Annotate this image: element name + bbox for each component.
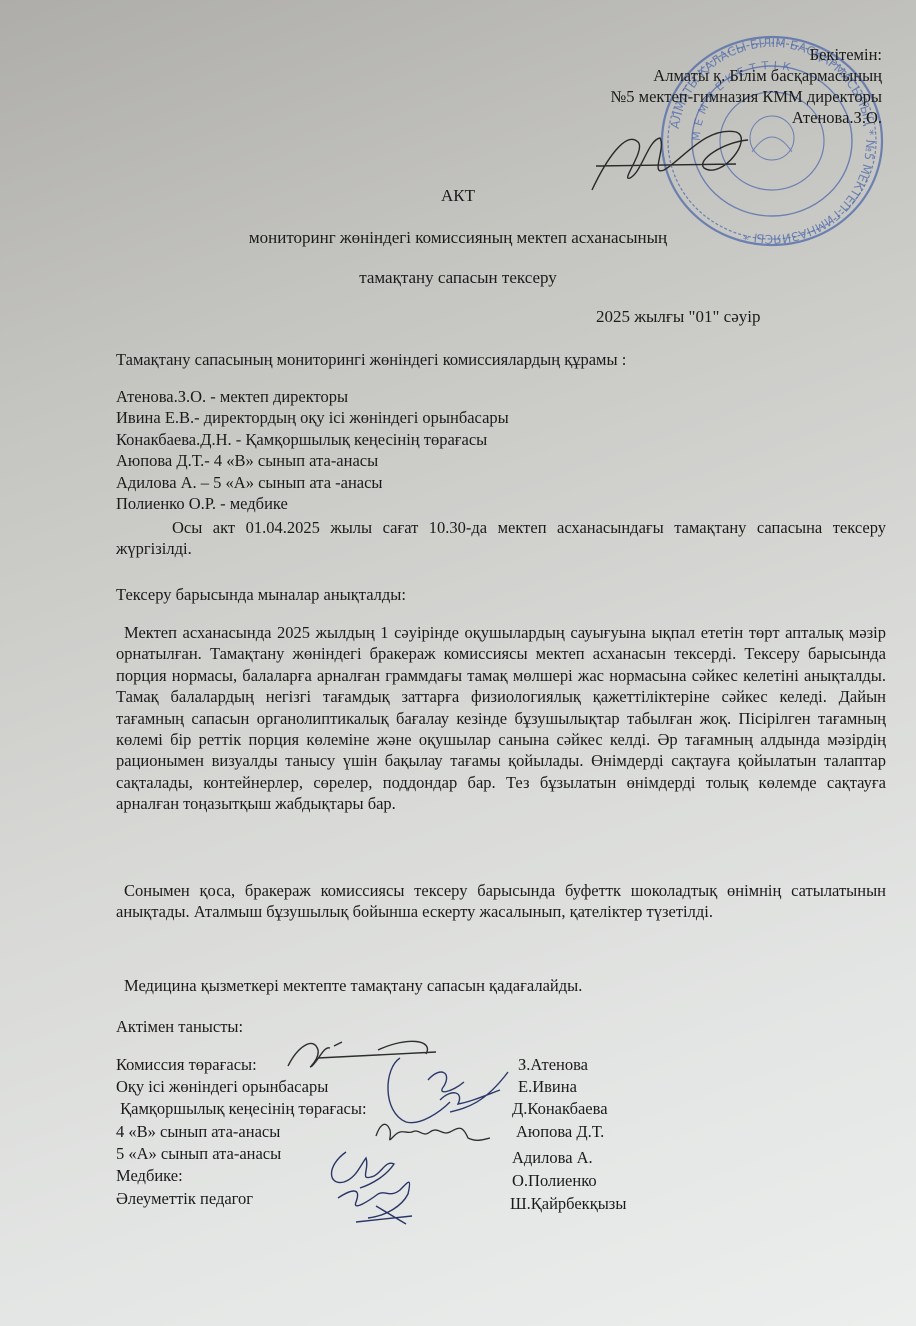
document-subtitle-line-1: мониторинг жөніндегі комиссияның мектеп … <box>0 228 916 248</box>
acknowledged-heading: Актімен танысты: <box>116 1016 243 1037</box>
signature-adilova-polienko-icon <box>316 1146 426 1228</box>
approval-name: Атенова.З.О. <box>611 107 882 128</box>
intro-paragraph: Осы акт 01.04.2025 жылы сағат 10.30-да м… <box>116 517 886 560</box>
ack-name: Ш.Қайрбекқызы <box>510 1193 626 1214</box>
member-item: Аюпова Д.Т.- 4 «В» сынып ата-анасы <box>116 450 509 471</box>
ack-name: О.Полиенко <box>512 1170 597 1191</box>
medical-paragraph: Медицина қызметкері мектепте тамақтану с… <box>124 975 582 996</box>
document-date: 2025 жылғы "01" сәуір <box>596 306 761 327</box>
signature-atenova-icon <box>258 1036 438 1080</box>
findings-paragraph-2: Сонымен қоса, бракераж комиссиясы тексер… <box>116 880 886 923</box>
ack-name: Аюпова Д.Т. <box>516 1121 604 1142</box>
ack-role: Медбике: <box>116 1165 183 1186</box>
member-item: Адилова А. – 5 «А» сынып ата -анасы <box>116 472 509 493</box>
ack-name: З.Атенова <box>518 1054 588 1075</box>
ack-name: Адилова А. <box>512 1147 593 1168</box>
approval-line-2: №5 мектеп-гимназия КММ директоры <box>611 86 882 107</box>
ack-role: Комиссия төрағасы: <box>116 1054 257 1075</box>
ack-role: Оқу ісі жөніндегі орынбасары <box>116 1076 328 1097</box>
member-item: Конакбаева.Д.Н. - Қамқоршылық кеңесінің … <box>116 429 509 450</box>
composition-heading: Тамақтану сапасының мониторингі жөніндег… <box>116 349 626 370</box>
approval-line-1: Алматы қ. Білім басқармасының <box>611 65 882 86</box>
ack-role: 4 «В» сынып ата-анасы <box>116 1121 280 1142</box>
members-list: Атенова.З.О. - мектеп директоры Ивина Е.… <box>116 386 509 514</box>
ack-name: Д.Конакбаева <box>512 1098 608 1119</box>
approval-block: Бекітемін: Алматы қ. Білім басқармасының… <box>611 44 882 128</box>
document-subtitle-line-2: тамақтану сапасын тексеру <box>0 268 916 288</box>
signature-ayupova-icon <box>372 1118 492 1148</box>
document-title: АКТ <box>0 186 916 206</box>
member-item: Полиенко О.Р. - медбике <box>116 493 509 514</box>
member-item: Атенова.З.О. - мектеп директоры <box>116 386 509 407</box>
findings-heading: Тексеру барысында мыналар анықталды: <box>116 584 406 605</box>
ack-role: Әлеуметтік педагог <box>116 1188 253 1209</box>
ack-role: Қамқоршылық кеңесінің төрағасы: <box>116 1098 367 1119</box>
ack-role: 5 «А» сынып ата-анасы <box>116 1143 281 1164</box>
document-page: АЛМАТЫ ҚАЛАСЫ БІЛІМ БАСҚАРМАСЫНЫҢ * №5 М… <box>0 0 916 1326</box>
ack-name: Е.Ивина <box>518 1076 577 1097</box>
member-item: Ивина Е.В.- директордың оқу ісі жөніндег… <box>116 407 509 428</box>
approval-label: Бекітемін: <box>611 44 882 65</box>
signature-ivina-icon <box>380 1052 510 1128</box>
findings-paragraph-1: Мектеп асханасында 2025 жылдың 1 сәуірін… <box>116 622 886 815</box>
